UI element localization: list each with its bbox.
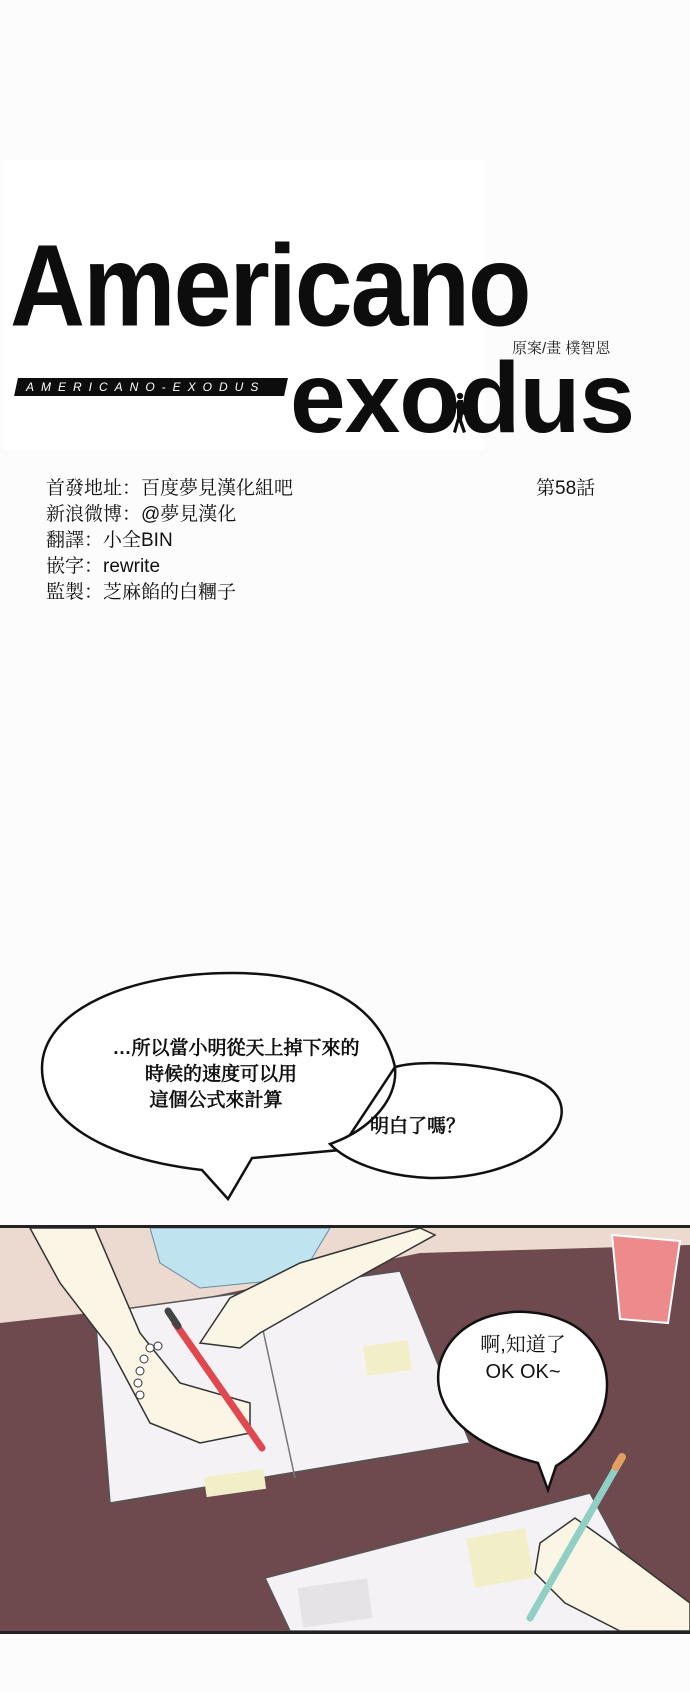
credit-line: 新浪微博：@夢見漢化 [46, 502, 293, 528]
subtitle-strip: AMERICANO-EXODUS [14, 378, 288, 396]
bubble-2-text: 明白了嗎？ [370, 1114, 465, 1140]
bubble-3-text: 啊,知道了 OK OK~ [458, 1332, 588, 1386]
bubble-1-line: 這個公式來計算 [26, 1088, 406, 1114]
illustration-panel [0, 1225, 690, 1634]
credits-block: 首發地址：百度夢見漢化組吧 新浪微博：@夢見漢化 翻譯：小全BIN 嵌字：rew… [46, 476, 293, 606]
credit-line: 首發地址：百度夢見漢化組吧 [46, 476, 293, 502]
author-credit: 原案/畫 樸智恩 [512, 337, 610, 358]
credit-line: 嵌字：rewrite [46, 554, 293, 580]
logo-exodus: exodus [290, 348, 634, 448]
bubble-1-line: …所以當小明從天上掉下來的 [66, 1036, 406, 1062]
credit-line: 監製：芝麻餡的白糰子 [46, 580, 293, 606]
comic-page: Americano AMERICANO-EXODUS exodus 原案/畫 樸… [0, 0, 690, 1692]
study-scene-illustration [0, 1228, 690, 1631]
chapter-number: 第58話 [536, 476, 595, 502]
credit-line: 翻譯：小全BIN [46, 528, 293, 554]
bubble-1-line: 時候的速度可以用 [36, 1062, 406, 1088]
subtitle-strip-text: AMERICANO-EXODUS [16, 378, 286, 396]
logo-americano: Americano [10, 228, 530, 344]
bubble-1-text: …所以當小明從天上掉下來的 時候的速度可以用 這個公式來計算 [66, 1036, 406, 1114]
bubble-3-line: 啊,知道了 [458, 1332, 588, 1359]
bubble-3-line: OK OK~ [458, 1359, 588, 1386]
